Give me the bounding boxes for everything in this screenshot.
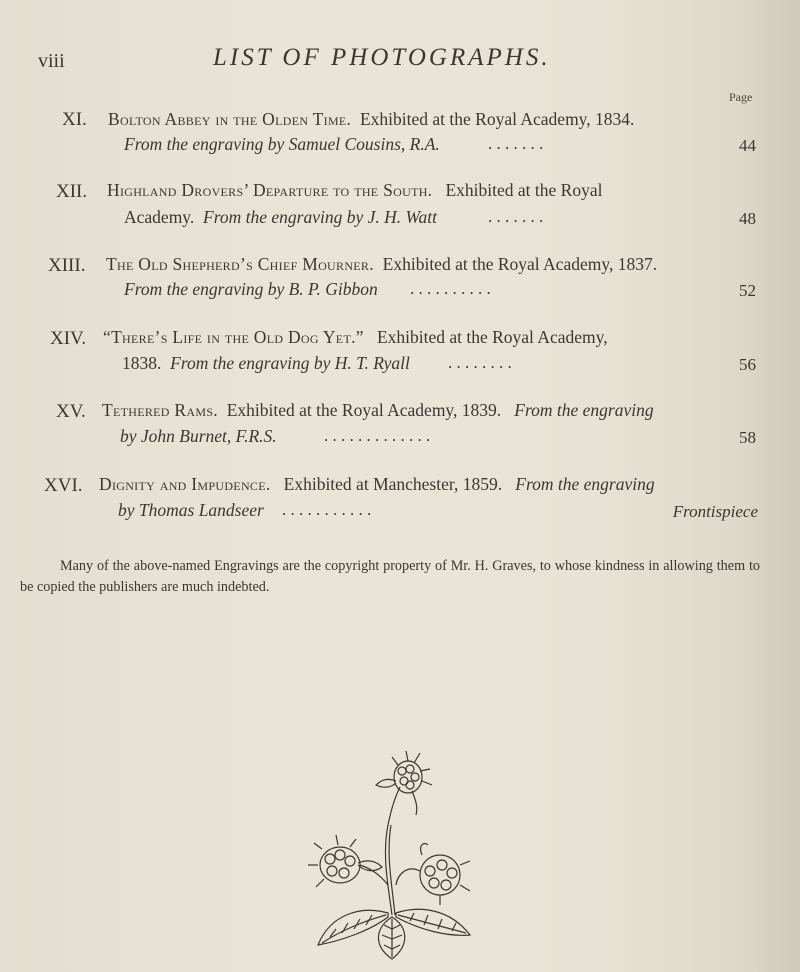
entry-engraving-credit: by John Burnet, F.R.S. <box>120 426 277 447</box>
entry-exhibition: Exhibited at the Royal <box>445 180 602 200</box>
copyright-footnote: Many of the above-named Engravings are t… <box>20 556 760 598</box>
entry-line-1: Bolton Abbey in the Olden Time. Exhibite… <box>108 109 634 130</box>
entry-line-1: Dignity and Impudence. Exhibited at Manc… <box>99 474 655 495</box>
entry-title: Dignity and Impudence. <box>99 474 271 494</box>
book-page: viii LIST OF PHOTOGRAPHS. Page XI. Bolto… <box>0 0 800 972</box>
entry-engraving-credit: From the engraving by Samuel Cousins, R.… <box>124 134 440 155</box>
entry-line-1: “There’s Life in the Old Dog Yet.” Exhib… <box>103 327 608 348</box>
dot-leaders: . . . . . . . . . . <box>410 279 491 299</box>
entry-title: Bolton Abbey in the Olden Time. <box>108 109 351 129</box>
dot-leaders: . . . . . . . . . . . . . <box>324 426 430 446</box>
folio-page-number: viii <box>38 50 65 73</box>
dot-leaders: . . . . . . . <box>488 207 543 227</box>
entry-numeral: XI. <box>62 109 87 131</box>
entry-page-number: 58 <box>739 428 756 448</box>
dot-leaders: . . . . . . . <box>488 134 543 154</box>
entry-exhibition: Exhibited at Manchester, 1859. <box>284 474 502 494</box>
entry-page-number: 48 <box>739 209 756 229</box>
entry-exhibition-cont: 1838. <box>122 353 161 373</box>
entry-exhibition: Exhibited at the Royal Academy, 1839. <box>227 400 501 420</box>
running-title: LIST OF PHOTOGRAPHS. <box>213 44 551 72</box>
entry-line-2: 1838. From the engraving by H. T. Ryall <box>122 353 410 374</box>
page-column-label: Page <box>729 90 752 105</box>
entry-line-1: The Old Shepherd’s Chief Mourner. Exhibi… <box>106 254 657 275</box>
entry-exhibition: Exhibited at the Royal Academy, <box>377 327 608 347</box>
entry-engraving-credit-start: From the engraving <box>514 400 653 420</box>
entry-page-number: 52 <box>739 281 756 301</box>
entry-numeral: XIII. <box>48 255 85 277</box>
entry-engraving-credit-start: From the engraving <box>515 474 654 494</box>
entry-engraving-credit: by Thomas Landseer <box>118 500 264 521</box>
entry-line-1: Tethered Rams. Exhibited at the Royal Ac… <box>102 400 654 421</box>
entry-exhibition-cont: Academy. <box>124 207 194 227</box>
entry-line-1: Highland Drovers’ Departure to the South… <box>107 180 602 201</box>
raspberry-plant-engraving-icon <box>300 745 480 960</box>
entry-engraving-credit: From the engraving by H. T. Ryall <box>170 353 410 373</box>
dot-leaders: . . . . . . . . . . . <box>282 500 371 520</box>
entry-engraving-credit: From the engraving by B. P. Gibbon <box>124 279 378 300</box>
entry-title: “There’s Life in the Old Dog Yet.” <box>103 327 364 347</box>
entry-line-2: Academy. From the engraving by J. H. Wat… <box>124 207 437 228</box>
entry-title: Highland Drovers’ Departure to the South… <box>107 180 432 200</box>
entry-exhibition: Exhibited at the Royal Academy, 1837. <box>383 254 657 274</box>
entry-title: The Old Shepherd’s Chief Mourner. <box>106 254 374 274</box>
entry-numeral: XV. <box>56 401 86 423</box>
entry-engraving-credit: From the engraving by J. H. Watt <box>203 207 437 227</box>
entry-page-frontispiece: Frontispiece <box>673 502 758 522</box>
entry-numeral: XVI. <box>44 475 83 497</box>
entry-title: Tethered Rams. <box>102 400 218 420</box>
entry-page-number: 44 <box>739 136 756 156</box>
dot-leaders: . . . . . . . . <box>448 353 512 373</box>
entry-numeral: XIV. <box>50 328 86 350</box>
entry-numeral: XII. <box>56 181 87 203</box>
entry-page-number: 56 <box>739 355 756 375</box>
entry-exhibition: Exhibited at the Royal Academy, 1834. <box>360 109 634 129</box>
